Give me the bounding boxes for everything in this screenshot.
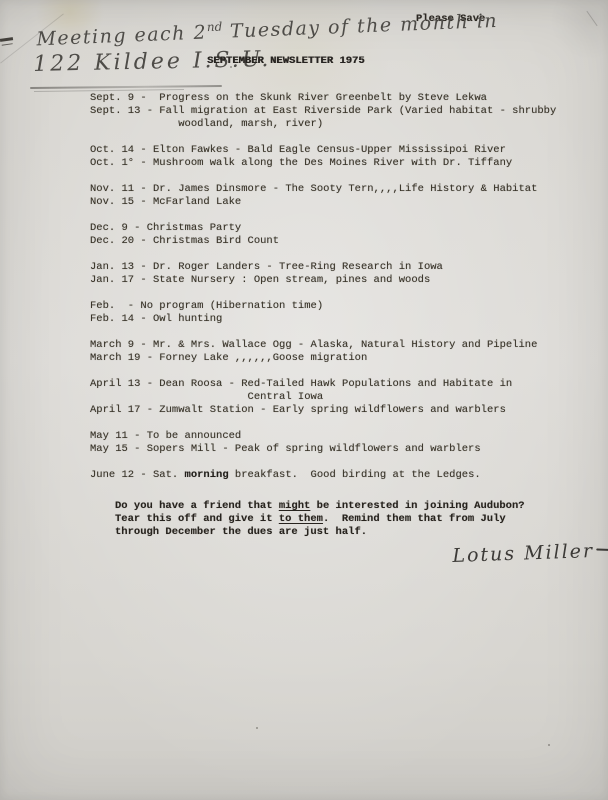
schedule-line: Sept. 13 - Fall migration at East Rivers… (90, 105, 556, 118)
schedule-line: Oct. 14 - Elton Fawkes - Bald Eagle Cens… (90, 144, 556, 157)
paper-speck (230, 66, 232, 68)
schedule-group: Oct. 14 - Elton Fawkes - Bald Eagle Cens… (90, 144, 556, 170)
schedule-group: April 13 - Dean Roosa - Red-Tailed Hawk … (90, 378, 556, 417)
schedule-line: April 17 - Zumwalt Station - Early sprin… (90, 404, 556, 417)
signature-flourish (596, 548, 608, 551)
schedule-line: Jan. 13 - Dr. Roger Landers - Tree-Ring … (90, 261, 556, 274)
schedule-group: Nov. 11 - Dr. James Dinsmore - The Sooty… (90, 183, 556, 209)
schedule-line: March 9 - Mr. & Mrs. Wallace Ogg - Alask… (90, 339, 556, 352)
schedule-line: woodland, marsh, river) (90, 118, 556, 131)
schedule-group: May 11 - To be announcedMay 15 - Sopers … (90, 430, 556, 456)
schedule-line: March 19 - Forney Lake ,,,,,,Goose migra… (90, 352, 556, 365)
footer-line: Tear this off and give it to them. Remin… (115, 513, 525, 526)
schedule-line: June 12 - Sat. morning breakfast. Good b… (90, 469, 556, 482)
handwritten-note-text: Meeting each 2 (36, 21, 207, 50)
schedule-line: Sept. 9 - Progress on the Skunk River Gr… (90, 92, 556, 105)
schedule-line: Dec. 20 - Christmas Bird Count (90, 235, 556, 248)
schedule: Sept. 9 - Progress on the Skunk River Gr… (90, 92, 556, 482)
schedule-group: Jan. 13 - Dr. Roger Landers - Tree-Ring … (90, 261, 556, 287)
schedule-group: Feb. - No program (Hibernation time)Feb.… (90, 300, 556, 326)
handwritten-meeting-note: Meeting each 2nd Tuesday of the month in (36, 8, 498, 50)
schedule-line: Feb. 14 - Owl hunting (90, 313, 556, 326)
signature-text: Lotus Miller (452, 540, 594, 567)
schedule-group: March 9 - Mr. & Mrs. Wallace Ogg - Alask… (90, 339, 556, 365)
schedule-line: Central Iowa (90, 391, 556, 404)
schedule-group: June 12 - Sat. morning breakfast. Good b… (90, 469, 556, 482)
schedule-group: Dec. 9 - Christmas PartyDec. 20 - Christ… (90, 222, 556, 248)
newsletter-page: Please Save Meeting each 2nd Tuesday of … (0, 0, 608, 800)
pencil-underline (30, 85, 222, 89)
footer-paragraph: Do you have a friend that might be inter… (115, 500, 525, 539)
schedule-line: May 15 - Sopers Mill - Peak of spring wi… (90, 443, 556, 456)
footer-line: Do you have a friend that might be inter… (115, 500, 525, 513)
schedule-line: Nov. 15 - McFarland Lake (90, 196, 556, 209)
footer-line: through December the dues are just half. (115, 526, 525, 539)
schedule-line: Dec. 9 - Christmas Party (90, 222, 556, 235)
schedule-line: Nov. 11 - Dr. James Dinsmore - The Sooty… (90, 183, 556, 196)
signature: Lotus Miller (452, 539, 608, 567)
pencil-edge-mark (0, 37, 13, 42)
paper-speck (256, 727, 258, 729)
schedule-line: Oct. 1° - Mushroom walk along the Des Mo… (90, 157, 556, 170)
schedule-line: Jan. 17 - State Nursery : Open stream, p… (90, 274, 556, 287)
paper-speck (548, 744, 550, 746)
crease-mark-topright (586, 11, 597, 26)
handwritten-note-text-2: Tuesday of the month in (222, 10, 498, 43)
schedule-line: May 11 - To be announced (90, 430, 556, 443)
schedule-group: Sept. 9 - Progress on the Skunk River Gr… (90, 92, 556, 131)
handwritten-superscript: nd (207, 20, 223, 35)
schedule-line: Feb. - No program (Hibernation time) (90, 300, 556, 313)
schedule-line: April 13 - Dean Roosa - Red-Tailed Hawk … (90, 378, 556, 391)
